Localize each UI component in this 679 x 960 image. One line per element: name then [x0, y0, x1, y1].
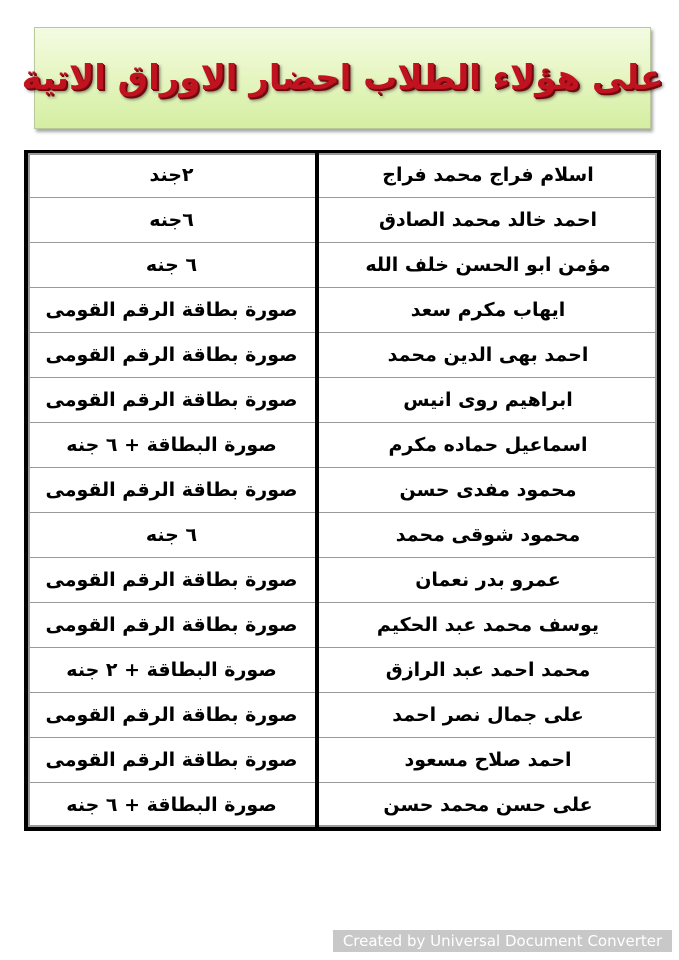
table-row: ايهاب مكرم سعدصورة بطاقة الرقم القومى: [28, 288, 657, 333]
required-documents-cell: ٦جنه: [28, 198, 317, 243]
required-documents-cell: صورة بطاقة الرقم القومى: [28, 603, 317, 648]
required-documents-cell: ٦ جنه: [28, 243, 317, 288]
table-row: يوسف محمد عبد الحكيمصورة بطاقة الرقم الق…: [28, 603, 657, 648]
required-documents-cell: صورة بطاقة الرقم القومى: [28, 333, 317, 378]
student-name-cell: محمود مفدى حسن: [317, 468, 657, 513]
student-name-cell: ابراهيم روى انيس: [317, 378, 657, 423]
required-documents-cell: صورة البطاقة + ٢ جنه: [28, 648, 317, 693]
table-row: محمد احمد عبد الرازقصورة البطاقة + ٢ جنه: [28, 648, 657, 693]
title-banner: على هؤلاء الطلاب احضار الاوراق الاتية: [34, 27, 651, 129]
table-row: على حسن محمد حسنصورة البطاقة + ٦ جنه: [28, 783, 657, 828]
required-documents-cell: ٦ جنه: [28, 513, 317, 558]
student-name-cell: محمد احمد عبد الرازق: [317, 648, 657, 693]
table-row: محمود مفدى حسنصورة بطاقة الرقم القومى: [28, 468, 657, 513]
watermark: Created by Universal Document Converter: [333, 930, 672, 952]
required-documents-cell: صورة البطاقة + ٦ جنه: [28, 783, 317, 828]
table-row: اسماعيل حماده مكرمصورة البطاقة + ٦ جنه: [28, 423, 657, 468]
required-documents-cell: صورة بطاقة الرقم القومى: [28, 558, 317, 603]
table-row: احمد بهى الدين محمدصورة بطاقة الرقم القو…: [28, 333, 657, 378]
students-requirements-table: اسلام فراج محمد فراج٢جنداحمد خالد محمد ا…: [28, 153, 657, 827]
required-documents-cell: صورة بطاقة الرقم القومى: [28, 738, 317, 783]
required-documents-cell: صورة البطاقة + ٦ جنه: [28, 423, 317, 468]
table-row: احمد صلاح مسعودصورة بطاقة الرقم القومى: [28, 738, 657, 783]
student-name-cell: اسلام فراج محمد فراج: [317, 153, 657, 198]
required-documents-cell: صورة بطاقة الرقم القومى: [28, 693, 317, 738]
required-documents-cell: صورة بطاقة الرقم القومى: [28, 288, 317, 333]
page-title: على هؤلاء الطلاب احضار الاوراق الاتية: [22, 58, 664, 98]
table-body: اسلام فراج محمد فراج٢جنداحمد خالد محمد ا…: [28, 153, 657, 827]
required-documents-cell: صورة بطاقة الرقم القومى: [28, 378, 317, 423]
table-row: عمرو بدر نعمانصورة بطاقة الرقم القومى: [28, 558, 657, 603]
table-row: ابراهيم روى انيسصورة بطاقة الرقم القومى: [28, 378, 657, 423]
table-row: على جمال نصر احمدصورة بطاقة الرقم القومى: [28, 693, 657, 738]
table-row: اسلام فراج محمد فراج٢جند: [28, 153, 657, 198]
student-name-cell: محمود شوقى محمد: [317, 513, 657, 558]
students-table: اسلام فراج محمد فراج٢جنداحمد خالد محمد ا…: [24, 150, 661, 831]
student-name-cell: احمد صلاح مسعود: [317, 738, 657, 783]
student-name-cell: يوسف محمد عبد الحكيم: [317, 603, 657, 648]
student-name-cell: مؤمن ابو الحسن خلف الله: [317, 243, 657, 288]
table-row: محمود شوقى محمد٦ جنه: [28, 513, 657, 558]
student-name-cell: اسماعيل حماده مكرم: [317, 423, 657, 468]
student-name-cell: عمرو بدر نعمان: [317, 558, 657, 603]
student-name-cell: على حسن محمد حسن: [317, 783, 657, 828]
student-name-cell: احمد خالد محمد الصادق: [317, 198, 657, 243]
table-row: مؤمن ابو الحسن خلف الله٦ جنه: [28, 243, 657, 288]
student-name-cell: على جمال نصر احمد: [317, 693, 657, 738]
table-row: احمد خالد محمد الصادق٦جنه: [28, 198, 657, 243]
student-name-cell: ايهاب مكرم سعد: [317, 288, 657, 333]
required-documents-cell: ٢جند: [28, 153, 317, 198]
student-name-cell: احمد بهى الدين محمد: [317, 333, 657, 378]
required-documents-cell: صورة بطاقة الرقم القومى: [28, 468, 317, 513]
